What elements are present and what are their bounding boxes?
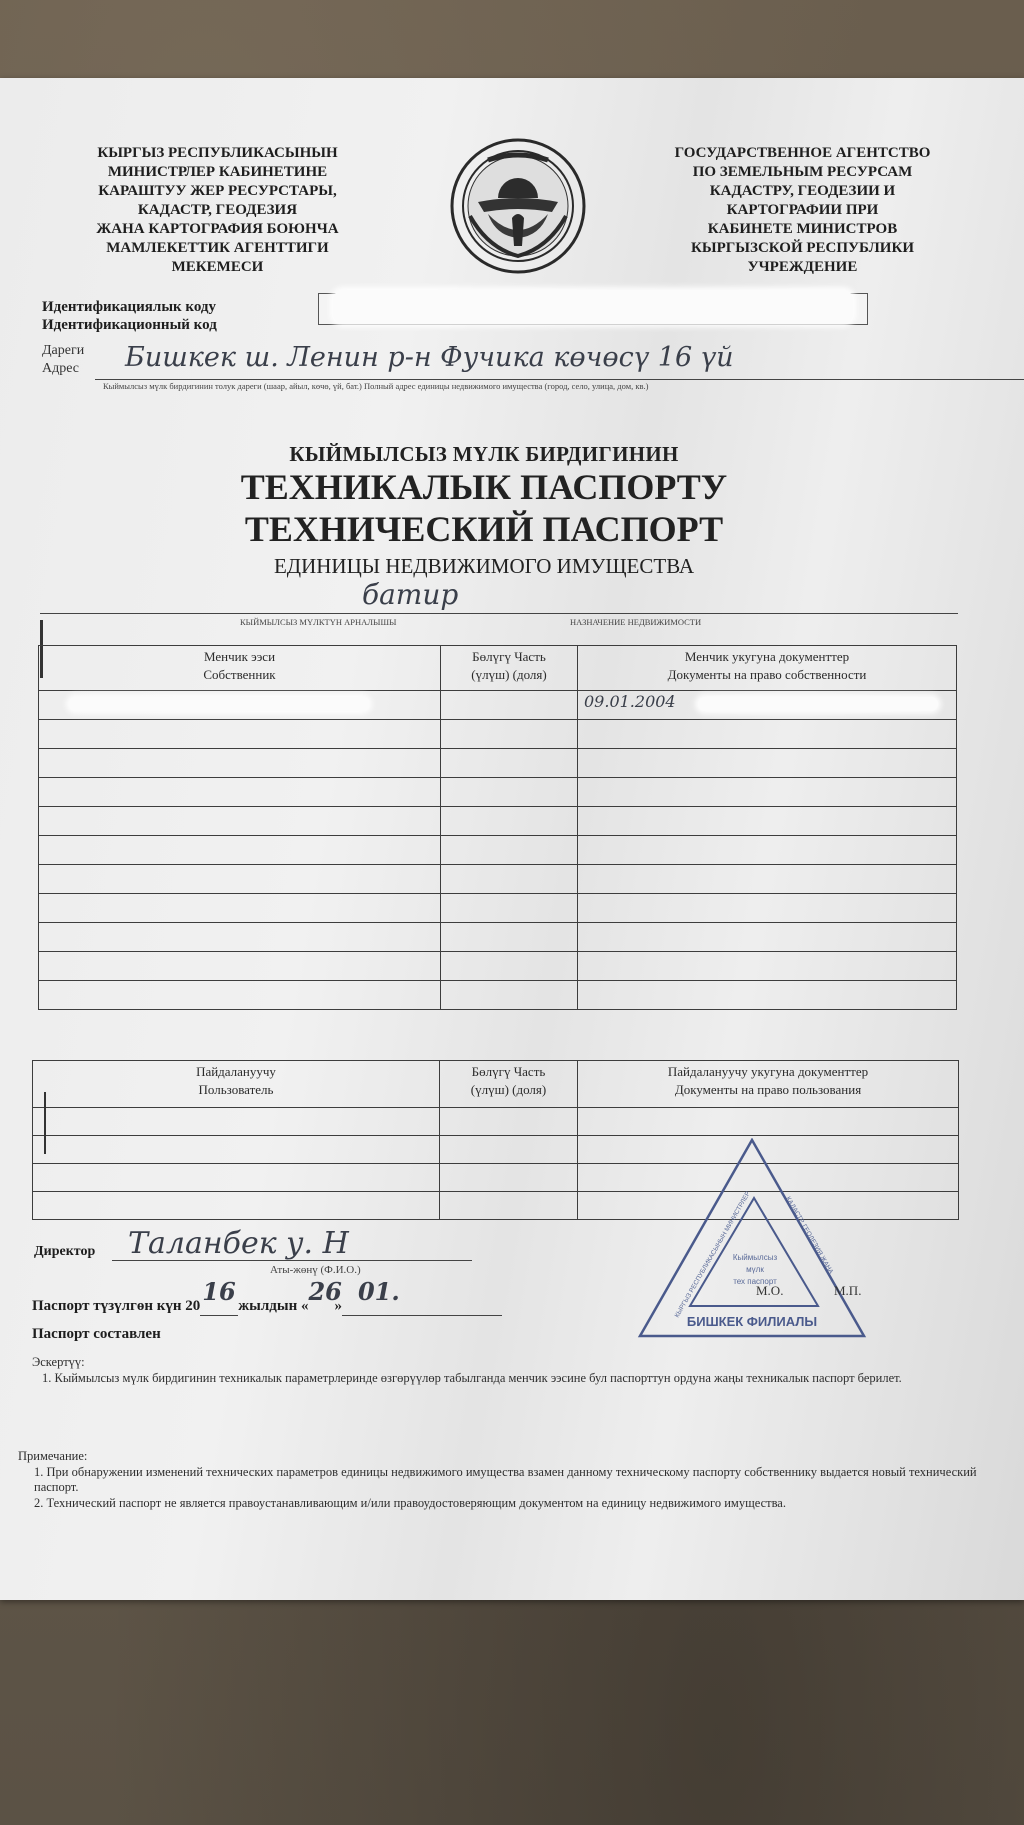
id-code-label-ru: Идентификационный код [42, 316, 217, 334]
owners-table-cell [441, 923, 578, 952]
users-table-header-row: Пайдалануучу ПользовательБөлүгү Часть (ү… [33, 1061, 959, 1108]
owners-table-header-cell: Менчик ээси Собственник [39, 646, 441, 691]
owners-table-cell [441, 807, 578, 836]
owners-table-cell [578, 894, 957, 923]
org-name-russian: ГОСУДАРСТВЕННОЕ АГЕНТСТВО ПО ЗЕМЕЛЬНЫМ Р… [625, 144, 980, 277]
redaction-mark [69, 697, 369, 711]
owners-table-cell: 09.01.2004 [578, 691, 957, 720]
owners-table-row [39, 894, 957, 923]
issue-date-row: Паспорт түзүлгөн күн 2016 жылдын «26 »01… [32, 1297, 502, 1316]
users-table-cell [440, 1192, 578, 1220]
owners-table-header-cell: Бөлүгү Часть (үлүш) (доля) [441, 646, 578, 691]
owners-table-row [39, 778, 957, 807]
users-table-cell [33, 1136, 440, 1164]
stamp-mp-label: М.П. [834, 1283, 861, 1299]
users-table-cell [33, 1164, 440, 1192]
owners-table-cell [441, 720, 578, 749]
owners-table-cell [578, 952, 957, 981]
users-table-header-cell: Пайдалануучу Пользователь [33, 1061, 440, 1108]
purpose-label-ru: НАЗНАЧЕНИЕ НЕДВИЖИМОСТИ [570, 617, 701, 627]
owners-table-row: 09.01.2004 [39, 691, 957, 720]
owners-table-header-cell: Менчик укугуна документтер Документы на … [578, 646, 957, 691]
owners-table-cell [39, 894, 441, 923]
official-stamp-icon: Кыймылсыз мүлк тех паспорт БИШКЕК ФИЛИАЛ… [636, 1138, 868, 1338]
director-hint: Аты-жөнү (Ф.И.О.) [270, 1264, 361, 1276]
issue-day-field: 26 [308, 1297, 334, 1315]
notes-kg-item-1: 1. Кыймылсыз мүлк бирдигинин техникалык … [42, 1371, 982, 1386]
owners-table-row [39, 749, 957, 778]
director-label: Директор [34, 1243, 95, 1261]
purpose-label-kg: КЫЙМЫЛСЫЗ МҮЛКТҮН АРНАЛЫШЫ [240, 617, 396, 627]
address-value: Бишкек ш. Ленин р-н Фучика көчөсү 16 үй [125, 342, 734, 373]
issue-day-value: 26 [308, 1283, 341, 1301]
issue-year-value: 16 [202, 1283, 235, 1301]
users-table-header-cell: Бөлүгү Часть (үлүш) (доля) [440, 1061, 578, 1108]
owners-table-cell [39, 865, 441, 894]
owners-table-row [39, 807, 957, 836]
address-underline [95, 378, 1024, 380]
owners-table-row [39, 720, 957, 749]
users-table-cell [440, 1164, 578, 1192]
owners-table-cell [39, 720, 441, 749]
users-table-cell [33, 1192, 440, 1220]
owners-table-cell [39, 836, 441, 865]
title-line-3: ТЕХНИЧЕСКИЙ ПАСПОРТ [0, 508, 996, 550]
address-label-ru: Адрес [42, 360, 79, 377]
owners-table-cell [441, 865, 578, 894]
address-label-kg: Дареги [42, 342, 84, 359]
owners-table-cell [578, 923, 957, 952]
title-line-2: ТЕХНИКАЛЫК ПАСПОРТУ [0, 466, 996, 508]
users-table-cell [578, 1108, 959, 1136]
owners-table: Менчик ээси СобственникБөлүгү Часть (үлү… [38, 645, 957, 1010]
owners-table-cell [578, 807, 957, 836]
id-code-field [318, 293, 868, 325]
issue-month-value: 01. [358, 1283, 400, 1301]
owners-table-cell [441, 691, 578, 720]
owners-table-cell [39, 778, 441, 807]
owners-table-cell [578, 836, 957, 865]
users-table-cell [33, 1108, 440, 1136]
kyrgyz-state-emblem-icon [448, 136, 588, 276]
address-hint: Кыймылсыз мүлк бирдигинин толук дареги (… [103, 381, 648, 391]
svg-text:мүлк: мүлк [746, 1265, 764, 1274]
owners-table-cell-value: 09.01.2004 [584, 693, 676, 711]
owners-table-cell [578, 749, 957, 778]
notes-ru-item-2: 2. Технический паспорт не является право… [34, 1496, 996, 1511]
owners-table-cell [39, 691, 441, 720]
owners-table-cell [578, 981, 957, 1010]
owners-table-cell [441, 952, 578, 981]
notes-kg-title: Эскертүү: [32, 1355, 85, 1370]
redaction-mark [698, 697, 938, 711]
owners-table-row [39, 981, 957, 1010]
notes-ru-title: Примечание: [18, 1449, 87, 1464]
issue-date-mid: жылдын « [238, 1298, 308, 1314]
title-line-1: КЫЙМЫЛСЫЗ МҮЛК БИРДИГИНИН [0, 442, 996, 467]
owners-table-cell [39, 981, 441, 1010]
issue-month-field: 01. [342, 1297, 502, 1316]
issue-year-field: 16 [200, 1297, 238, 1316]
stamp-text: БИШКЕК ФИЛИАЛЫ [687, 1314, 817, 1329]
owners-table-cell [39, 749, 441, 778]
purpose-underline [40, 612, 958, 614]
redaction-mark [333, 290, 853, 324]
org-name-kyrgyz: КЫРГЫЗ РЕСПУБЛИКАСЫНЫН МИНИСТРЛЕР КАБИНЕ… [40, 144, 395, 277]
svg-text:Кыймылсыз: Кыймылсыз [733, 1253, 778, 1262]
id-code-label-kg: Идентификациялык коду [42, 298, 216, 316]
owners-table-cell [39, 923, 441, 952]
notes-ru-item-1: 1. При обнаружении изменений технических… [34, 1465, 996, 1495]
owners-table-cell [441, 749, 578, 778]
purpose-value: батир [362, 578, 458, 611]
owners-table-cell [578, 865, 957, 894]
owners-table-row [39, 865, 957, 894]
owners-table-cell [39, 952, 441, 981]
users-table-cell [440, 1108, 578, 1136]
stamp-mo-label: М.О. [756, 1283, 783, 1299]
users-table-header-cell: Пайдалануучу укугуна документтер Докумен… [578, 1061, 959, 1108]
title-line-4: ЕДИНИЦЫ НЕДВИЖИМОГО ИМУЩЕСТВА [0, 554, 996, 579]
owners-table-cell [441, 778, 578, 807]
owners-table-cell [39, 807, 441, 836]
owners-table-cell [441, 836, 578, 865]
owners-table-cell [441, 981, 578, 1010]
owners-table-row [39, 923, 957, 952]
users-table-row [33, 1108, 959, 1136]
passport-compiled-label: Паспорт составлен [32, 1325, 161, 1343]
owners-table-cell [578, 778, 957, 807]
users-table-cell [440, 1136, 578, 1164]
owners-table-header-row: Менчик ээси СобственникБөлүгү Часть (үлү… [39, 646, 957, 691]
director-signature: Таланбек у. Н [128, 1226, 349, 1261]
owners-table-cell [441, 894, 578, 923]
owners-table-cell [578, 720, 957, 749]
owners-table-row [39, 952, 957, 981]
owners-table-row [39, 836, 957, 865]
issue-date-prefix: Паспорт түзүлгөн күн 20 [32, 1298, 200, 1314]
margin-mark [44, 1092, 46, 1154]
